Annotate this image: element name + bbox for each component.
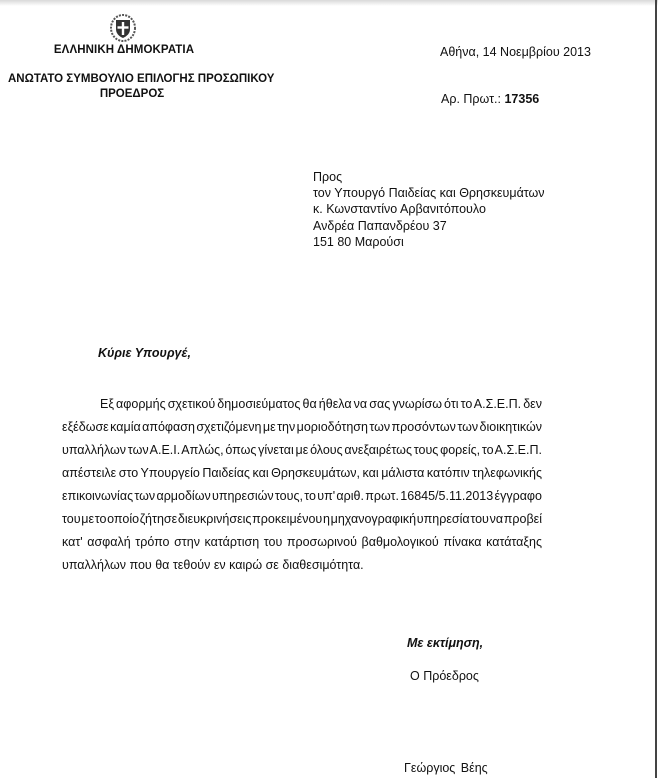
protocol-label: Αρ. Πρωτ.: [441, 92, 504, 106]
recipient-line: τον Υπουργό Παιδείας και Θρησκευμάτων [313, 185, 545, 201]
body-line: υπαλλήλων των Α.Ε.Ι. Απλώς, όπως γίνεται… [62, 439, 542, 462]
page-right-border [655, 0, 657, 778]
recipient-line: 151 80 Μαρούσι [313, 234, 545, 250]
salutation: Κύριε Υπουργέ, [98, 346, 191, 360]
body-line: Εξ αφορμής σχετικού δημοσιεύματος θα ήθε… [62, 393, 542, 416]
body-line: υπαλλήλων που θα τεθούν εν καιρώ σε διαθ… [62, 554, 542, 577]
recipient-line: Προς [313, 169, 545, 185]
office-name: ΠΡΟΕΔΡΟΣ [8, 87, 256, 102]
council-name: ΑΝΩΤΑΤΟ ΣΥΜΒΟΥΛΙΟ ΕΠΙΛΟΓΗΣ ΠΡΟΣΩΠΙΚΟΥ [8, 72, 256, 87]
recipient-address: Προς τον Υπουργό Παιδείας και Θρησκευμάτ… [313, 169, 545, 250]
body-line: επικοινωνίας των αρμοδίων υπηρεσιών τους… [62, 485, 542, 508]
signatory-name: Γεώργιος Βέης [404, 761, 488, 775]
protocol-value: 17356 [504, 92, 539, 106]
letter-date: Αθήνα, 14 Νοεμβρίου 2013 [440, 45, 591, 59]
recipient-line: κ. Κωνσταντίνο Αρβανιτόπουλο [313, 201, 545, 217]
page-top-edge [0, 0, 658, 6]
body-line: κατ' ασφαλή τρόπο στην κατάρτιση του προ… [62, 531, 542, 554]
closing-regards: Με εκτίμηση, [407, 636, 483, 650]
signatory-title: Ο Πρόεδρος [410, 669, 479, 683]
recipient-line: Ανδρέα Παπανδρέου 37 [313, 218, 545, 234]
greek-coat-of-arms-icon [110, 14, 136, 42]
council-heading: ΑΝΩΤΑΤΟ ΣΥΜΒΟΥΛΙΟ ΕΠΙΛΟΓΗΣ ΠΡΟΣΩΠΙΚΟΥ ΠΡ… [8, 72, 256, 102]
body-line: απέστειλε στο Υπουργείο Παιδείας και Θρη… [62, 462, 542, 485]
republic-heading: ΕΛΛΗΝΙΚΗ ΔΗΜΟΚΡΑΤΙΑ [44, 44, 204, 56]
protocol-number: Αρ. Πρωτ.: 17356 [441, 92, 539, 106]
body-line: του με το οποίο ζήτησε διευκρινήσεις προ… [62, 508, 542, 531]
letter-body: Εξ αφορμής σχετικού δημοσιεύματος θα ήθε… [62, 393, 542, 577]
body-line: εξέδωσε καμία απόφαση σχετιζόμενη με την… [62, 416, 542, 439]
